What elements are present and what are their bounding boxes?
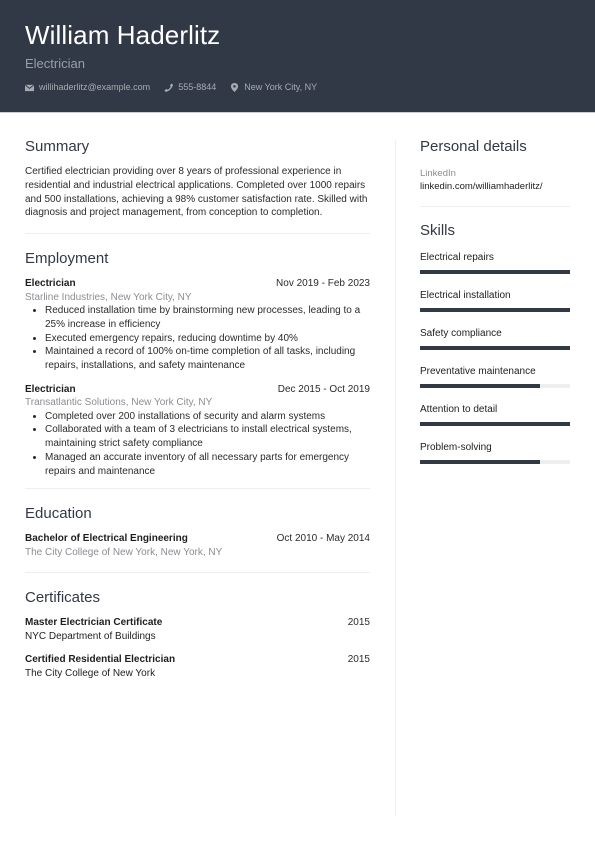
certificates-section: Certificates Master Electrician Certific… bbox=[25, 589, 370, 680]
section-divider bbox=[25, 572, 370, 573]
skill-item: Preventative maintenance bbox=[420, 365, 570, 388]
skill-level-bar bbox=[420, 308, 570, 312]
certificate-issuer: The City College of New York bbox=[25, 667, 370, 681]
personal-details-section: Personal details LinkedIn linkedin.com/w… bbox=[420, 138, 570, 193]
skill-item: Electrical installation bbox=[420, 289, 570, 312]
skill-level-fill bbox=[420, 422, 570, 426]
education-section: Education Bachelor of Electrical Enginee… bbox=[25, 505, 370, 559]
job-bullets: Completed over 200 installations of secu… bbox=[45, 410, 370, 479]
linkedin-label: LinkedIn bbox=[420, 167, 570, 180]
job-entry: Electrician Dec 2015 - Oct 2019 Transatl… bbox=[25, 383, 370, 479]
skill-name: Attention to detail bbox=[420, 403, 570, 416]
skill-name: Electrical repairs bbox=[420, 251, 570, 264]
employment-title: Employment bbox=[25, 250, 370, 267]
resume-header: William Haderlitz Electrician willihader… bbox=[0, 0, 595, 113]
skill-level-fill bbox=[420, 308, 570, 312]
job-bullet: Completed over 200 installations of secu… bbox=[45, 410, 370, 424]
skill-item: Electrical repairs bbox=[420, 251, 570, 274]
certificates-title: Certificates bbox=[25, 589, 370, 606]
summary-title: Summary bbox=[25, 138, 370, 155]
personal-details-title: Personal details bbox=[420, 138, 570, 155]
job-bullet: Maintained a record of 100% on-time comp… bbox=[45, 345, 370, 372]
skill-level-fill bbox=[420, 270, 570, 274]
skill-level-fill bbox=[420, 384, 540, 388]
main-column: Summary Certified electrician providing … bbox=[25, 138, 370, 690]
phone-text: 555-8844 bbox=[178, 82, 216, 92]
skill-level-fill bbox=[420, 460, 540, 464]
skill-name: Preventative maintenance bbox=[420, 365, 570, 378]
location-text: New York City, NY bbox=[244, 82, 317, 92]
job-entry: Electrician Nov 2019 - Feb 2023 Starline… bbox=[25, 277, 370, 373]
column-divider bbox=[395, 140, 396, 816]
skill-item: Problem-solving bbox=[420, 441, 570, 464]
candidate-name: William Haderlitz bbox=[25, 20, 220, 51]
section-divider bbox=[420, 206, 570, 207]
contact-info: willihaderlitz@example.com 555-8844 New … bbox=[25, 82, 331, 92]
contact-location: New York City, NY bbox=[230, 82, 317, 92]
skill-item: Safety compliance bbox=[420, 327, 570, 350]
skills-section: Skills Electrical repairsElectrical inst… bbox=[420, 222, 570, 464]
candidate-role: Electrician bbox=[25, 56, 85, 71]
skill-level-bar bbox=[420, 346, 570, 350]
certificate-name: Certified Residential Electrician bbox=[25, 653, 175, 667]
certificate-name: Master Electrician Certificate bbox=[25, 616, 162, 630]
job-title: Electrician bbox=[25, 277, 76, 291]
summary-section: Summary Certified electrician providing … bbox=[25, 138, 370, 220]
education-dates: Oct 2010 - May 2014 bbox=[277, 532, 370, 546]
section-divider bbox=[25, 488, 370, 489]
skill-level-bar bbox=[420, 384, 570, 388]
certificate-year: 2015 bbox=[348, 616, 370, 630]
skill-level-fill bbox=[420, 346, 570, 350]
section-divider bbox=[25, 233, 370, 234]
certificate-entry: Certified Residential Electrician 2015 T… bbox=[25, 653, 370, 680]
job-company: Starline Industries, New York City, NY bbox=[25, 291, 370, 305]
skill-name: Safety compliance bbox=[420, 327, 570, 340]
envelope-icon bbox=[25, 83, 34, 92]
employment-section: Employment Electrician Nov 2019 - Feb 20… bbox=[25, 250, 370, 478]
email-text: willihaderlitz@example.com bbox=[39, 82, 150, 92]
job-bullet: Executed emergency repairs, reducing dow… bbox=[45, 332, 370, 346]
linkedin-link[interactable]: linkedin.com/williamhaderlitz/ bbox=[420, 180, 570, 193]
job-dates: Dec 2015 - Oct 2019 bbox=[278, 383, 370, 397]
skill-name: Problem-solving bbox=[420, 441, 570, 454]
job-title: Electrician bbox=[25, 383, 76, 397]
skill-level-bar bbox=[420, 270, 570, 274]
certificate-year: 2015 bbox=[348, 653, 370, 667]
job-dates: Nov 2019 - Feb 2023 bbox=[276, 277, 370, 291]
phone-icon bbox=[164, 83, 173, 92]
job-bullet: Reduced installation time by brainstormi… bbox=[45, 304, 370, 331]
job-bullet: Collaborated with a team of 3 electricia… bbox=[45, 423, 370, 450]
skill-level-bar bbox=[420, 422, 570, 426]
school-name: The City College of New York, New York, … bbox=[25, 546, 370, 560]
summary-text: Certified electrician providing over 8 y… bbox=[25, 165, 370, 220]
skill-name: Electrical installation bbox=[420, 289, 570, 302]
job-bullets: Reduced installation time by brainstormi… bbox=[45, 304, 370, 373]
skill-item: Attention to detail bbox=[420, 403, 570, 426]
education-title: Education bbox=[25, 505, 370, 522]
skills-title: Skills bbox=[420, 222, 570, 239]
sidebar-column: Personal details LinkedIn linkedin.com/w… bbox=[420, 138, 570, 479]
contact-email[interactable]: willihaderlitz@example.com bbox=[25, 82, 150, 92]
degree-name: Bachelor of Electrical Engineering bbox=[25, 532, 188, 546]
map-pin-icon bbox=[230, 83, 239, 92]
job-company: Transatlantic Solutions, New York City, … bbox=[25, 396, 370, 410]
certificate-issuer: NYC Department of Buildings bbox=[25, 630, 370, 644]
job-bullet: Managed an accurate inventory of all nec… bbox=[45, 451, 370, 478]
certificate-entry: Master Electrician Certificate 2015 NYC … bbox=[25, 616, 370, 643]
skill-level-bar bbox=[420, 460, 570, 464]
skills-list: Electrical repairsElectrical installatio… bbox=[420, 251, 570, 464]
contact-phone[interactable]: 555-8844 bbox=[164, 82, 216, 92]
